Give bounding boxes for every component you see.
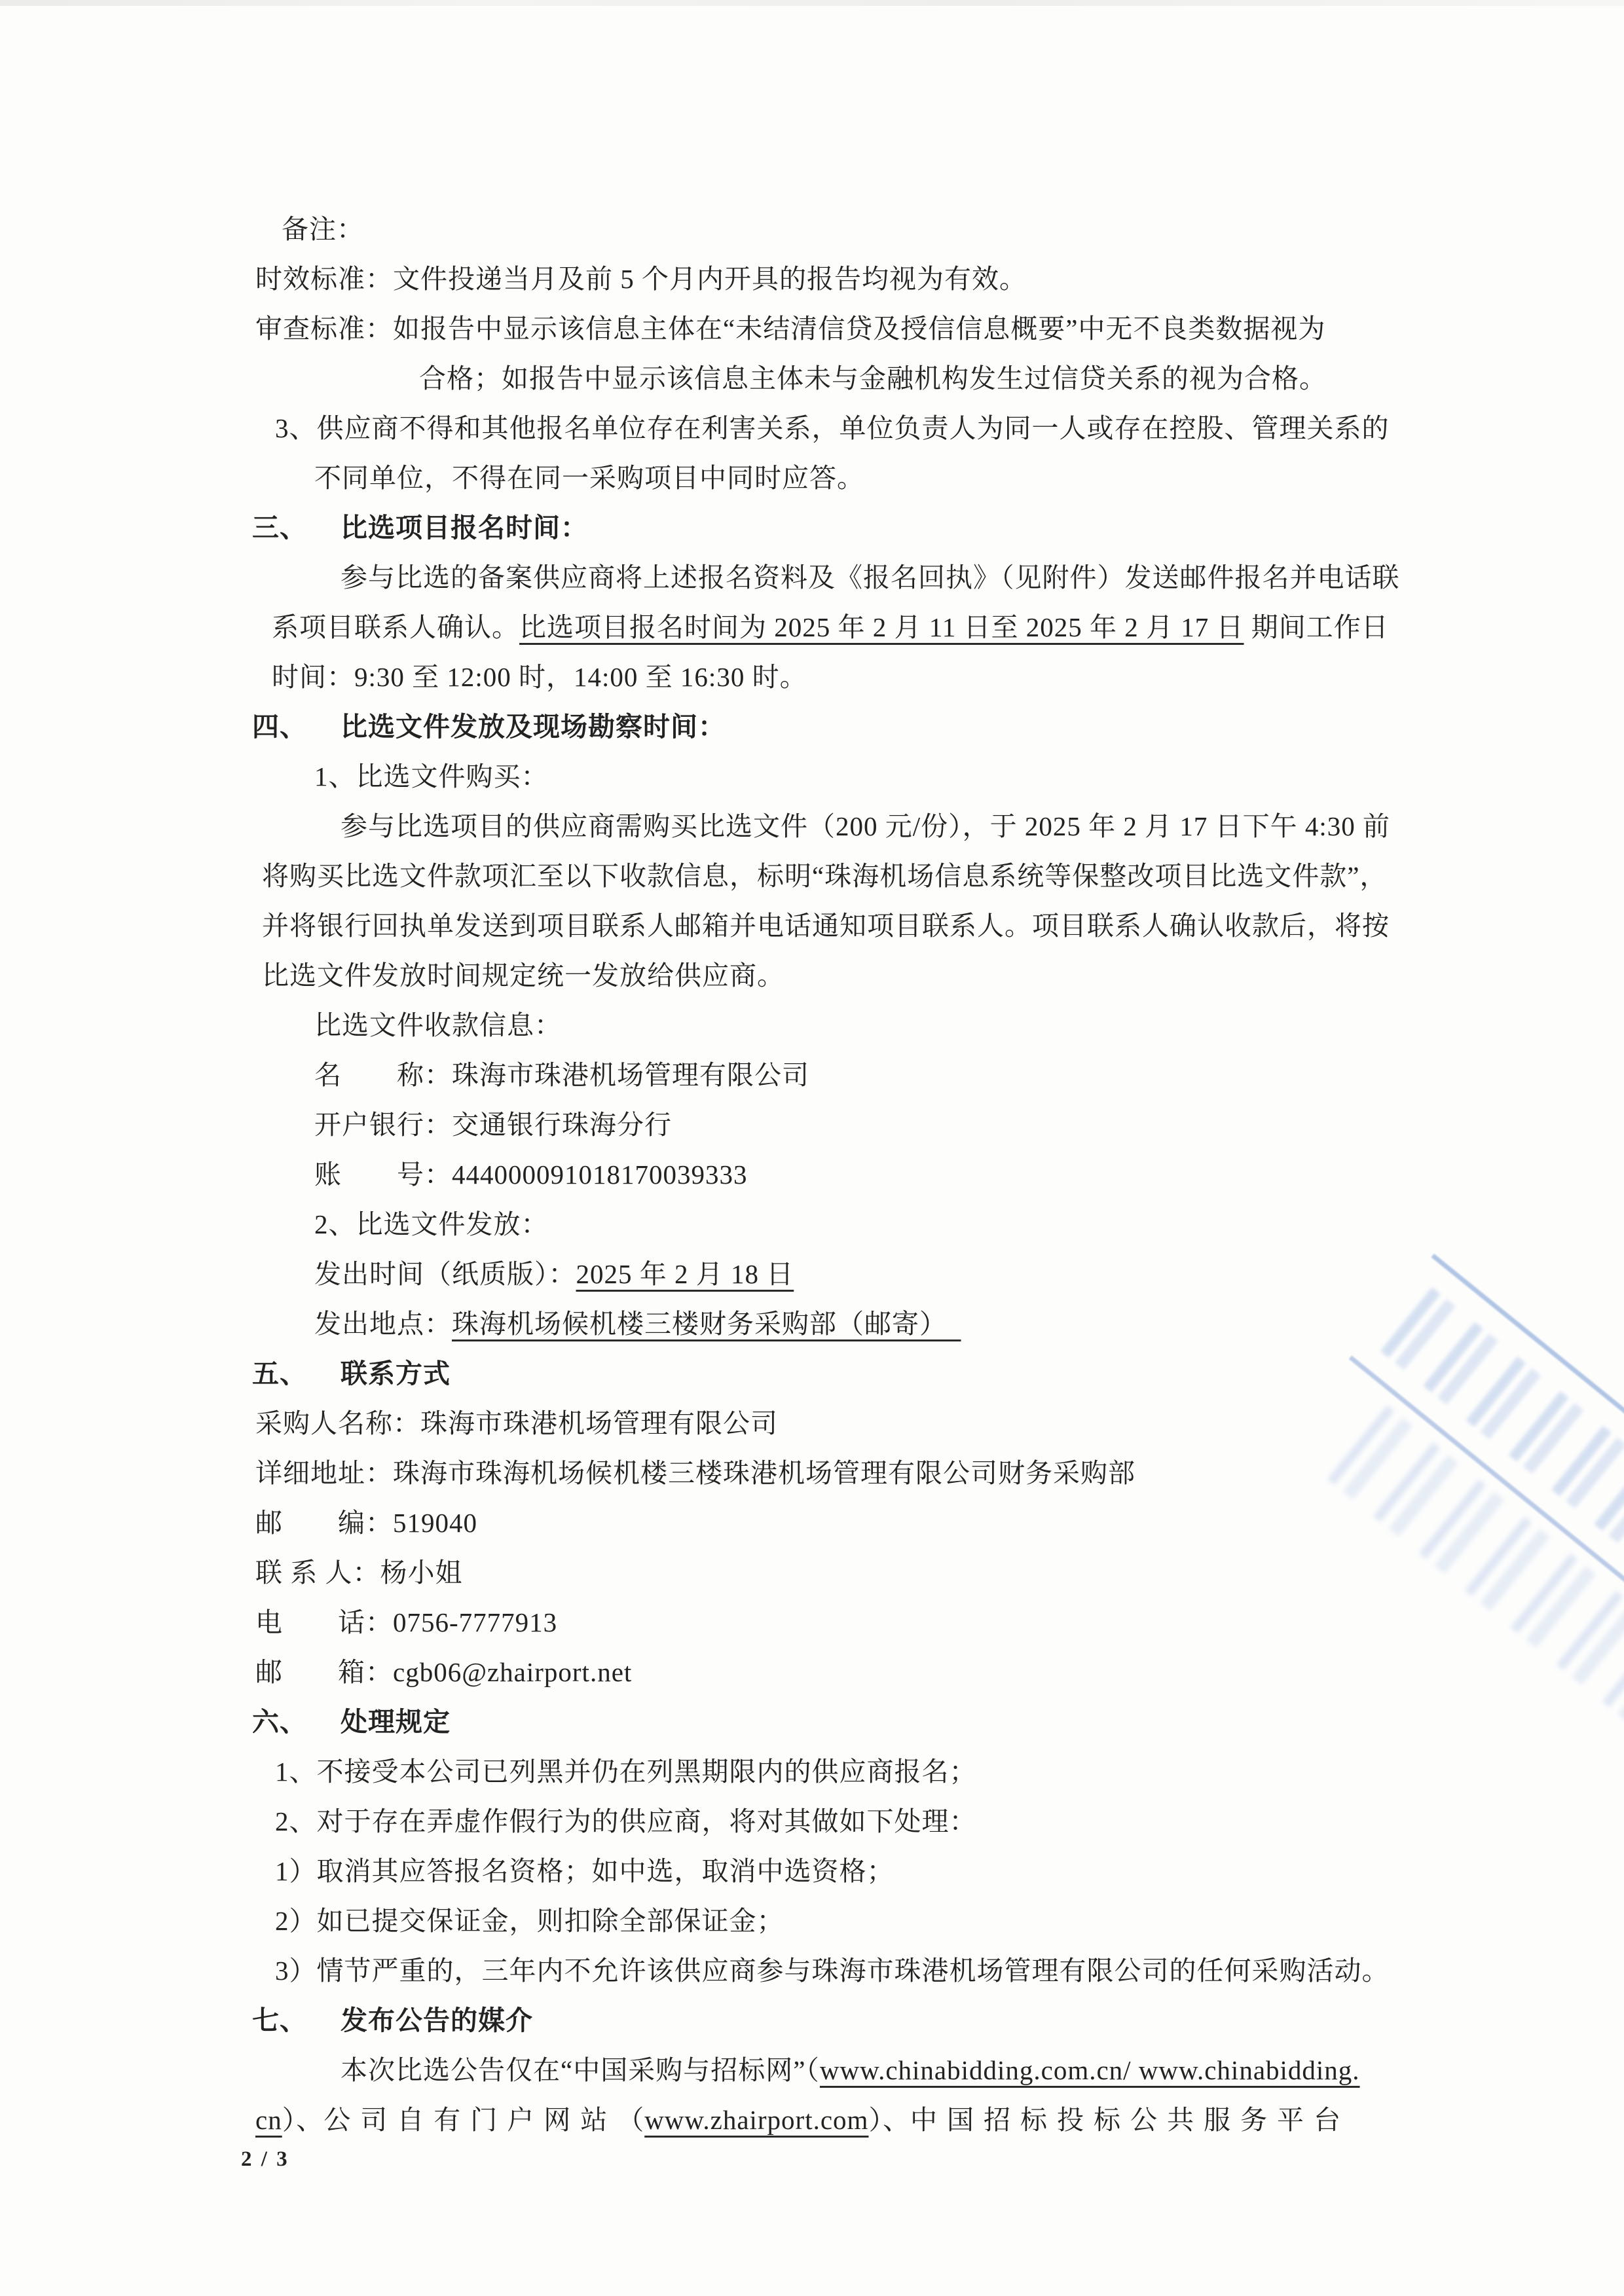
doc-line: 邮 编：519040 [255, 1498, 1405, 1548]
doc-line: cn）、公司自有门户网站（www.zhairport.com）、中国招标投标公共… [255, 2095, 1405, 2145]
doc-line: 参与比选的备案供应商将上述报名资料及《报名回执》（见附件）发送邮件报名并电话联 [341, 553, 1405, 602]
text-run: 名 称：珠海市珠港机场管理有限公司 [314, 1060, 809, 1090]
doc-line: 参与比选项目的供应商需购买比选文件（200 元/份），于 2025 年 2 月 … [341, 801, 1405, 851]
text-run: 发布公告的媒介 [341, 2005, 533, 2035]
doc-line: 2）如已提交保证金，则扣除全部保证金； [275, 1896, 1405, 1946]
doc-line: 本次比选公告仅在“中国采购与招标网”（www.chinabidding.com.… [341, 2045, 1405, 2095]
doc-line: 1、不接受本公司已列黑并仍在列黑期限内的供应商报名； [275, 1747, 1405, 1796]
stamp-border-line [1431, 1254, 1624, 1620]
text-run: 电 话：0756-7777913 [255, 1607, 557, 1637]
doc-line: 不同单位，不得在同一采购项目中同时应答。 [314, 453, 1405, 503]
doc-line: 时间：9:30 至 12:00 时，14:00 至 16:30 时。 [272, 652, 1405, 702]
doc-line: 邮 箱：cgb06@zhairport.net [255, 1647, 1405, 1697]
doc-line: 将购买比选文件款项汇至以下收款信息，标明“珠海机场信息系统等保整改项目比选文件款… [262, 851, 1405, 901]
text-run: 处理规定 [341, 1707, 451, 1737]
doc-line: 3）情节严重的，三年内不允许该供应商参与珠海市珠港机场管理有限公司的任何采购活动… [275, 1946, 1405, 1995]
doc-line: 比选文件发放时间规定统一发放给供应商。 [262, 951, 1405, 1000]
text-run: 备注： [282, 214, 364, 244]
text-run: 3）情节严重的，三年内不允许该供应商参与珠海市珠港机场管理有限公司的任何采购活动… [275, 1956, 1390, 1986]
text-run: 中国招标投标公共服务平台 [910, 2105, 1350, 2135]
doc-line: 比选文件收款信息： [314, 1000, 1405, 1050]
doc-line: 开户银行：交通银行珠海分行 [314, 1100, 1405, 1150]
text-run: 参与比选项目的供应商需购买比选文件（200 元/份），于 2025 年 2 月 … [341, 811, 1390, 841]
text-run: 四、 [252, 702, 341, 752]
doc-line: 电 话：0756-7777913 [255, 1597, 1405, 1647]
text-run: 比选项目报名时间： [341, 513, 588, 543]
text-run: 联系方式 [341, 1358, 451, 1389]
text-run: 2）如已提交保证金，则扣除全部保证金； [275, 1906, 784, 1936]
text-run: ）、 [868, 2105, 910, 2135]
text-run: 邮 箱：cgb06@zhairport.net [255, 1657, 632, 1687]
text-run: 详细地址：珠海市珠海机场候机楼三楼珠港机场管理有限公司财务采购部 [255, 1458, 1135, 1488]
text-run: 将购买比选文件款项汇至以下收款信息，标明“珠海机场信息系统等保整改项目比选文件款… [262, 861, 1387, 891]
doc-line: 系项目联系人确认。比选项目报名时间为 2025 年 2 月 11 日至 2025… [272, 602, 1405, 652]
text-run: 发出地点： [314, 1309, 452, 1339]
text-run: 1、比选文件购买： [314, 761, 549, 792]
text-run: 期间工作日 [1244, 612, 1388, 642]
text-run: 七、 [252, 1995, 341, 2045]
doc-line: 1）取消其应答报名资格；如中选，取消中选资格； [275, 1846, 1405, 1896]
text-run: 本次比选公告仅在“中国采购与招标网”（ [341, 2055, 820, 2085]
doc-line: 时效标准：文件投递当月及前 5 个月内开具的报告均视为有效。 [255, 254, 1405, 304]
doc-line: 六、处理规定 [252, 1697, 1405, 1747]
text-run: 系项目联系人确认。 [272, 612, 519, 642]
page-number: 2 / 3 [241, 2147, 289, 2172]
underlined-text: cn [255, 2105, 282, 2135]
doc-line: 审查标准：如报告中显示该信息主体在“未结清信贷及授信信息概要”中无不良类数据视为 [255, 304, 1405, 354]
text-run: 时效标准：文件投递当月及前 5 个月内开具的报告均视为有效。 [255, 264, 1027, 294]
text-run: 时间：9:30 至 12:00 时，14:00 至 16:30 时。 [272, 662, 807, 692]
text-run: 2、对于存在弄虚作假行为的供应商，将对其做如下处理： [275, 1806, 977, 1836]
text-run: 3、供应商不得和其他报名单位存在利害关系，单位负责人为同一人或存在控股、管理关系… [275, 413, 1390, 443]
text-run: 比选文件收款信息： [314, 1010, 562, 1040]
doc-line: 四、比选文件发放及现场勘察时间： [252, 702, 1405, 752]
text-run: 联 系 人：杨小姐 [255, 1558, 463, 1588]
text-run: 1、不接受本公司已列黑并仍在列黑期限内的供应商报名； [275, 1757, 977, 1787]
underlined-text: 珠海机场候机楼三楼财务采购部（邮寄） [452, 1309, 961, 1339]
doc-line: 2、对于存在弄虚作假行为的供应商，将对其做如下处理： [275, 1796, 1405, 1846]
text-run: 比选文件发放时间规定统一发放给供应商。 [262, 960, 784, 991]
doc-line: 发出地点：珠海机场候机楼三楼财务采购部（邮寄） [314, 1299, 1405, 1349]
doc-line: 3、供应商不得和其他报名单位存在利害关系，单位负责人为同一人或存在控股、管理关系… [275, 403, 1405, 453]
doc-line: 备注： [282, 204, 1405, 254]
text-run: 六、 [252, 1697, 341, 1747]
text-run: 五、 [252, 1349, 341, 1398]
text-run: 并将银行回执单发送到项目联系人邮箱并电话通知项目联系人。项目联系人确认收款后，将… [262, 911, 1390, 941]
doc-line: 详细地址：珠海市珠海机场候机楼三楼珠港机场管理有限公司财务采购部 [255, 1448, 1405, 1498]
text-run: 公司自有门户网站 [323, 2105, 617, 2135]
doc-line: 联 系 人：杨小姐 [255, 1548, 1405, 1597]
doc-line: 采购人名称：珠海市珠港机场管理有限公司 [255, 1398, 1405, 1448]
text-run: 2、比选文件发放： [314, 1209, 549, 1239]
doc-line: 1、比选文件购买： [314, 752, 1405, 801]
doc-line: 发出时间（纸质版）：2025 年 2 月 18 日 [314, 1249, 1405, 1299]
doc-line: 五、联系方式 [252, 1349, 1405, 1398]
doc-line: 账 号：444000091018170039333 [314, 1150, 1405, 1199]
text-run: ）、 [282, 2105, 324, 2135]
text-run: （ [617, 2105, 644, 2135]
text-run: 发出时间（纸质版）： [314, 1259, 576, 1289]
doc-line: 2、比选文件发放： [314, 1199, 1405, 1249]
document-lines: 备注：时效标准：文件投递当月及前 5 个月内开具的报告均视为有效。审查标准：如报… [252, 204, 1405, 2145]
underlined-text: www.chinabidding.com.cn/ www.chinabiddin… [820, 2055, 1360, 2085]
text-run: 合格；如报告中显示该信息主体未与金融机构发生过信贷关系的视为合格。 [419, 363, 1327, 393]
doc-line: 并将银行回执单发送到项目联系人邮箱并电话通知项目联系人。项目联系人确认收款后，将… [262, 901, 1405, 951]
text-run: 1）取消其应答报名资格；如中选，取消中选资格； [275, 1856, 895, 1886]
scanned-document-page: { "footer": { "page_number": "2 / 3" }, … [0, 0, 1624, 2296]
text-run: 账 号：444000091018170039333 [314, 1159, 748, 1190]
text-run: 参与比选的备案供应商将上述报名资料及《报名回执》（见附件）发送邮件报名并电话联 [341, 562, 1400, 592]
text-run: 比选文件发放及现场勘察时间： [341, 712, 726, 742]
underlined-text: 2025 年 2 月 18 日 [576, 1259, 794, 1289]
text-run: 采购人名称：珠海市珠港机场管理有限公司 [255, 1408, 778, 1438]
doc-line: 三、比选项目报名时间： [252, 503, 1405, 553]
text-run: 审查标准：如报告中显示该信息主体在“未结清信贷及授信信息概要”中无不良类数据视为 [255, 314, 1325, 344]
underlined-text: 比选项目报名时间为 2025 年 2 月 11 日至 2025 年 2 月 17… [519, 612, 1244, 642]
text-run: 邮 编：519040 [255, 1508, 477, 1538]
doc-line: 合格；如报告中显示该信息主体未与金融机构发生过信贷关系的视为合格。 [419, 354, 1405, 403]
scanner-edge-artifact [0, 0, 1624, 6]
doc-line: 七、发布公告的媒介 [252, 1995, 1405, 2045]
doc-line: 名 称：珠海市珠港机场管理有限公司 [314, 1050, 1405, 1100]
underlined-text: www.zhairport.com [644, 2105, 868, 2135]
text-run: 三、 [252, 503, 341, 553]
text-run: 开户银行：交通银行珠海分行 [314, 1110, 672, 1140]
text-run: 不同单位，不得在同一采购项目中同时应答。 [314, 463, 864, 493]
stamp-glyph-marks [1380, 1288, 1624, 1685]
